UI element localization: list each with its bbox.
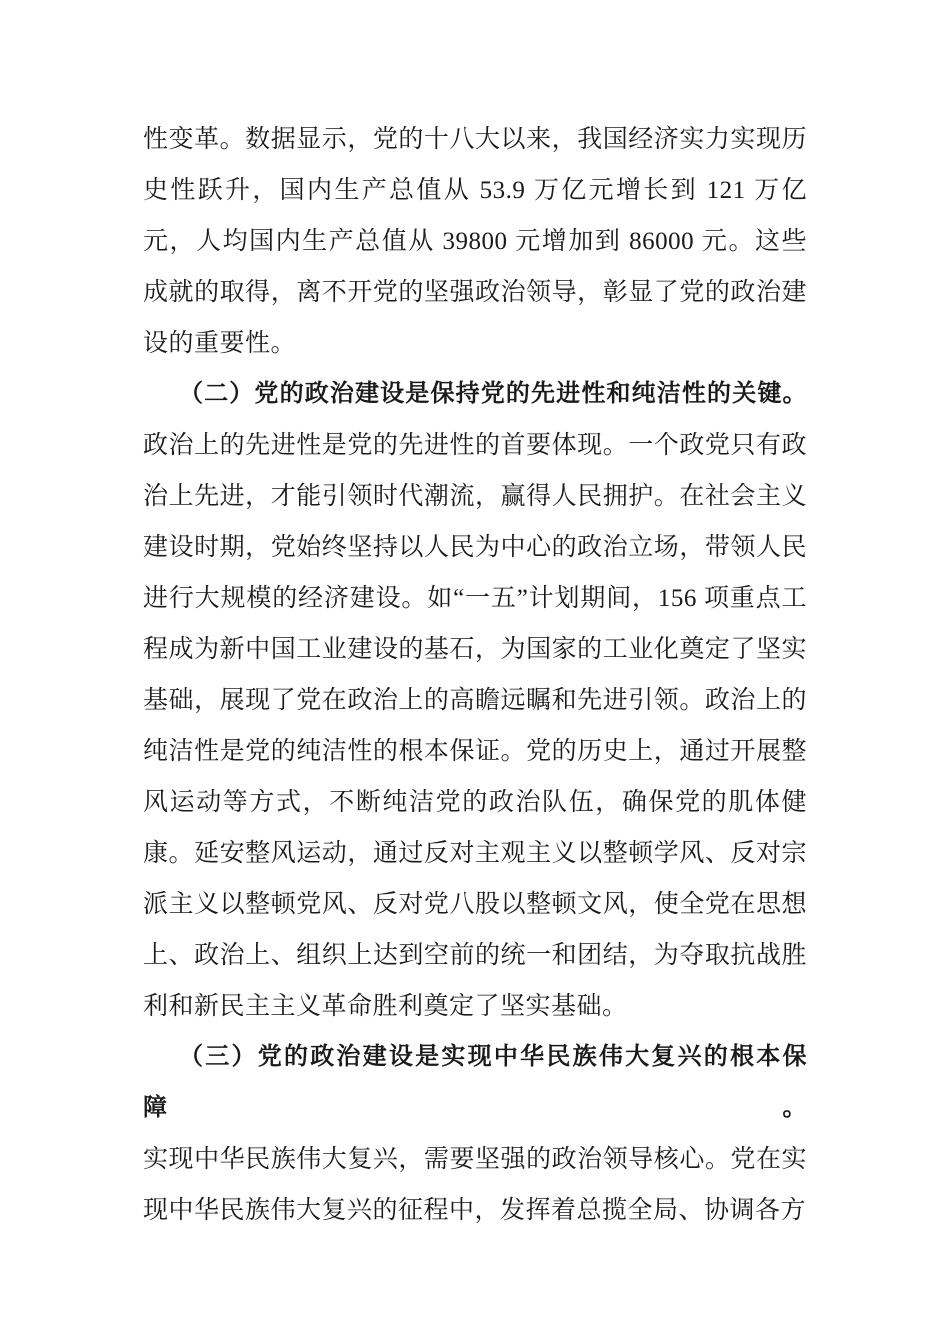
- section-body-2: 政治上的先进性是党的先进性的首要体现。一个政党只有政治上先进，才能引领时代潮流，…: [143, 420, 807, 1032]
- continuation-paragraph: 性变革。数据显示，党的十八大以来，我国经济实力实现历史性跃升，国内生产总值从 5…: [143, 114, 807, 369]
- section-heading-3: （三）党的政治建设是实现中华民族伟大复兴的根本保障。: [143, 1032, 807, 1134]
- section-heading-2: （二）党的政治建设是保持党的先进性和纯洁性的关键。: [143, 369, 807, 420]
- section-body-3: 实现中华民族伟大复兴，需要坚强的政治领导核心。党在实现中华民族伟大复兴的征程中，…: [143, 1134, 807, 1236]
- document-page: 性变革。数据显示，党的十八大以来，我国经济实力实现历史性跃升，国内生产总值从 5…: [0, 0, 950, 1344]
